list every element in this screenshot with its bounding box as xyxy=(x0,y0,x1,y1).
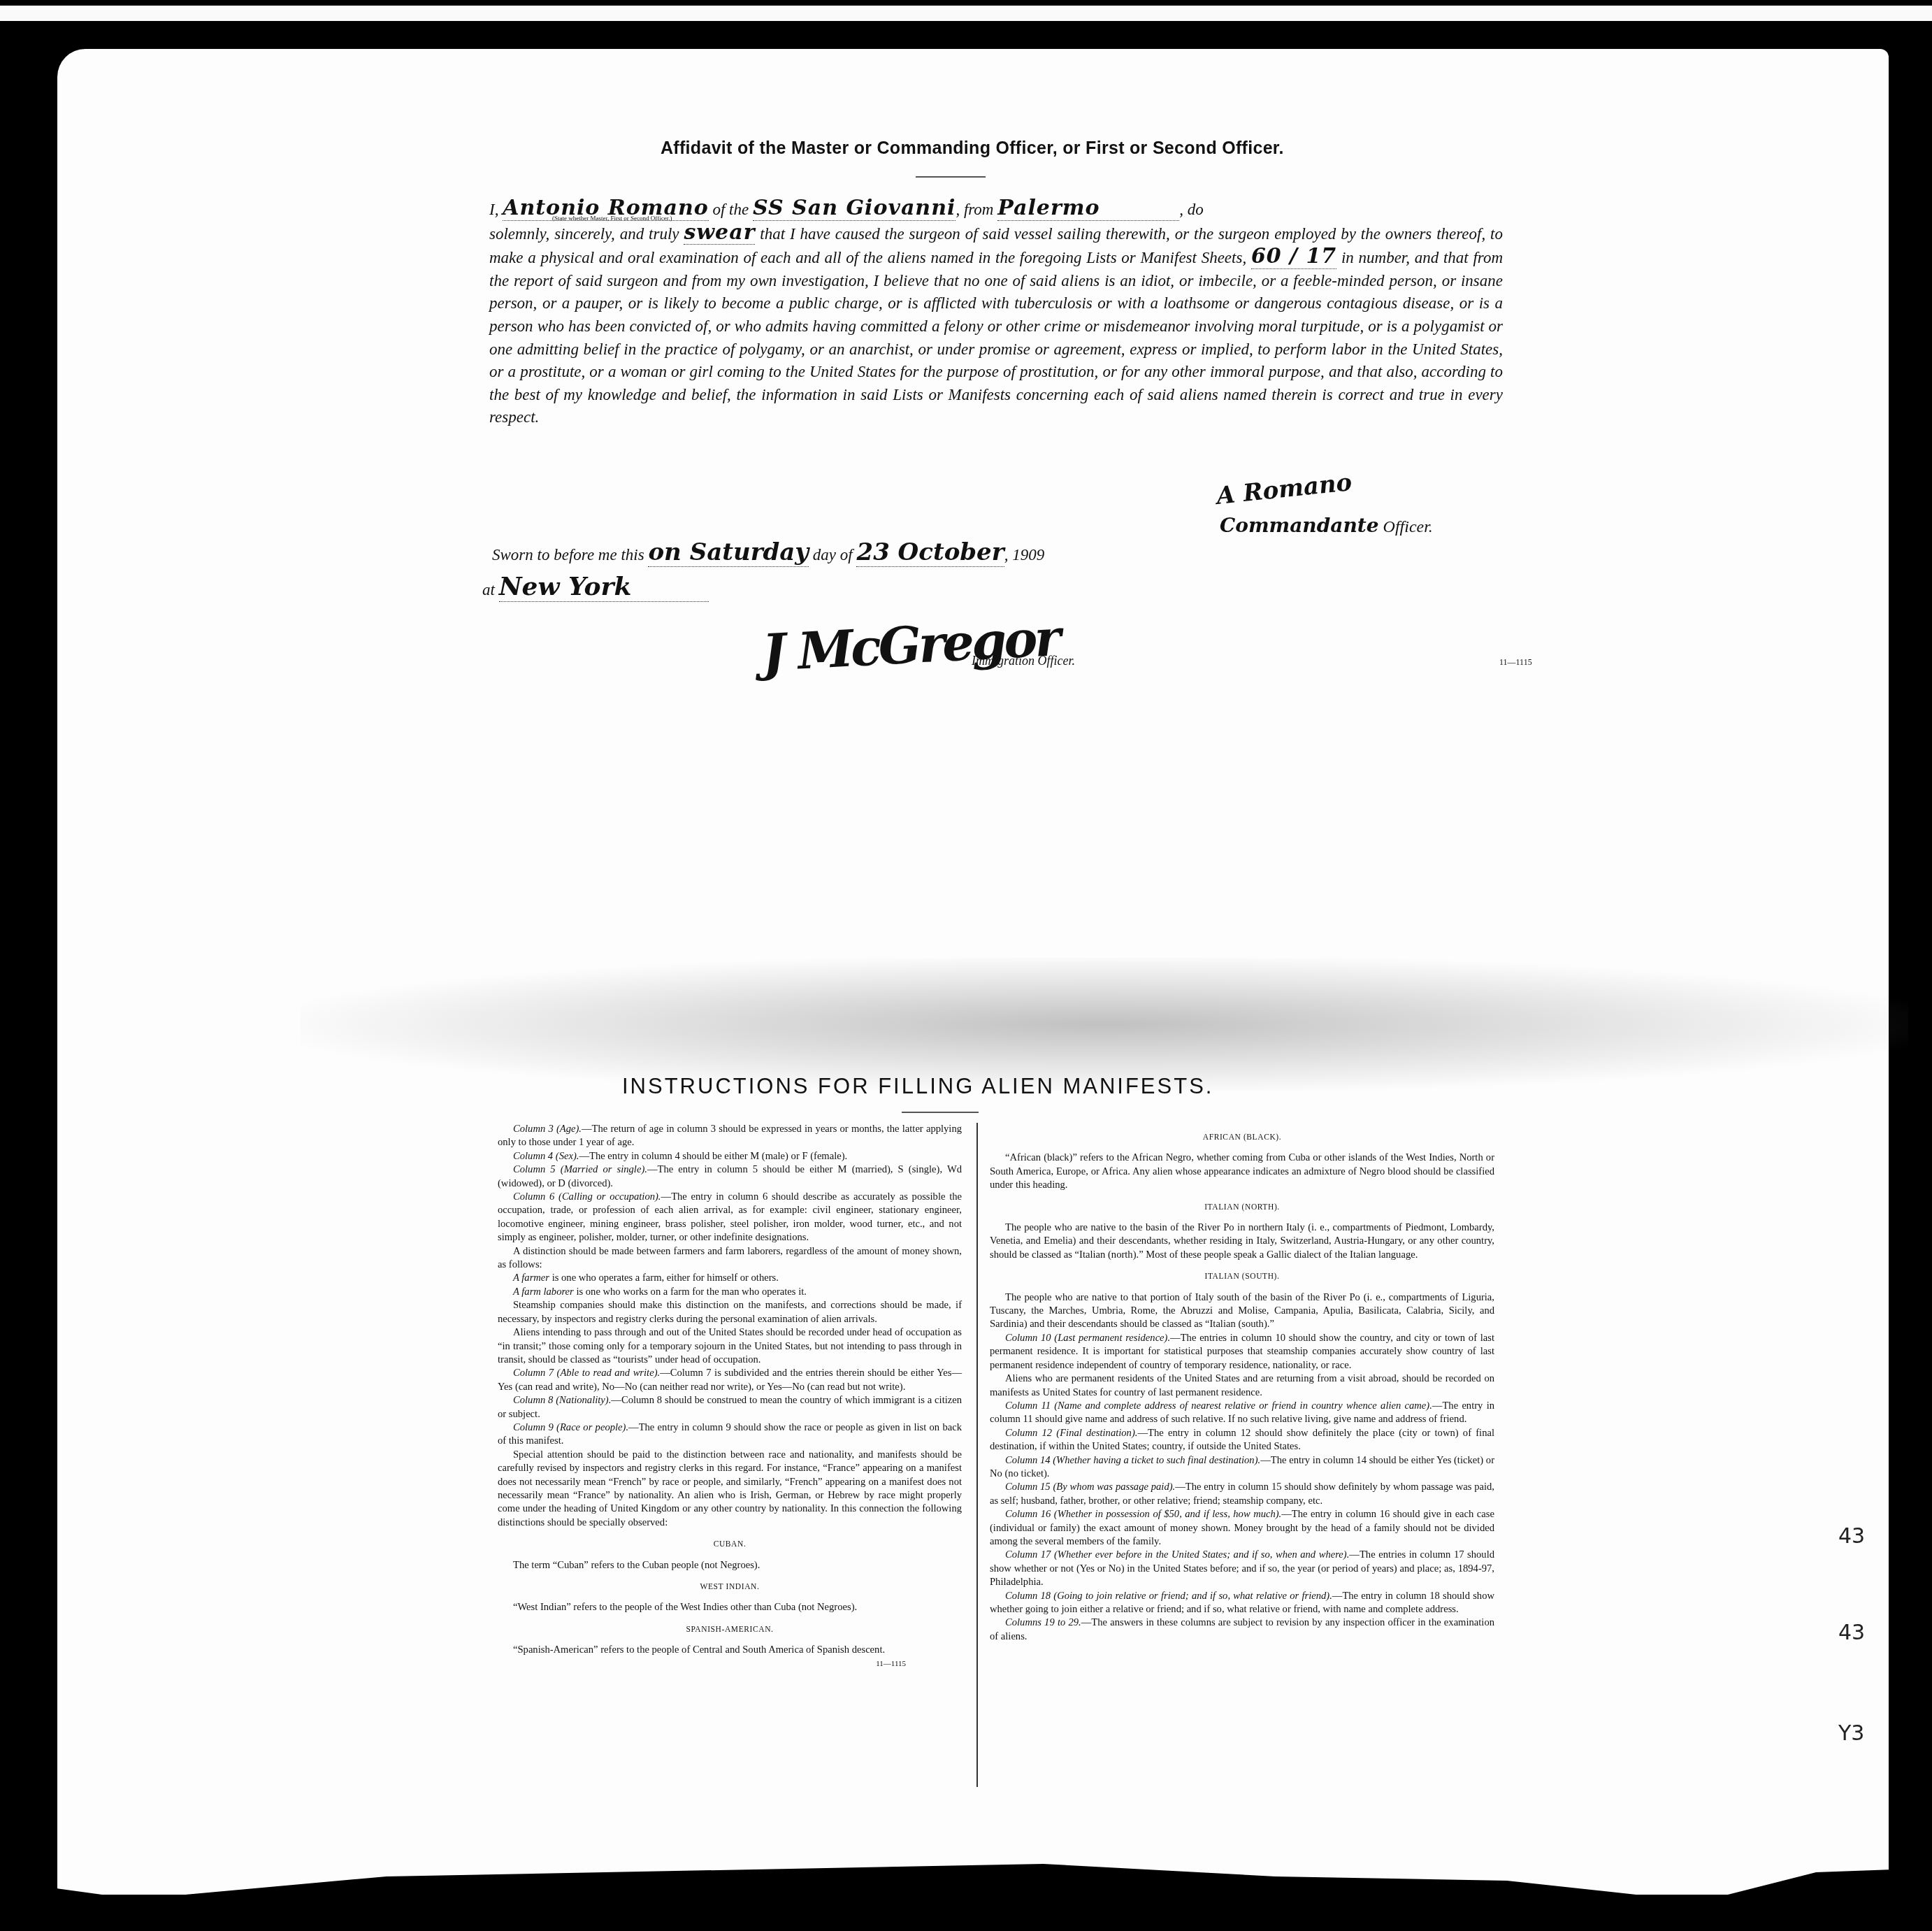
instruction-paragraph: Column 15 (By whom was passage paid).—Th… xyxy=(990,1481,1494,1508)
of-the-label: of the xyxy=(712,201,749,218)
instruction-paragraph: Aliens who are permanent residents of th… xyxy=(990,1372,1494,1400)
section-heading: CUBAN. xyxy=(498,1538,962,1551)
column-label: Column 8 (Nationality). xyxy=(513,1395,611,1406)
column-divider xyxy=(976,1123,978,1787)
instruction-paragraph: Column 17 (Whether ever before in the Un… xyxy=(990,1549,1494,1589)
column-label: A farmer xyxy=(513,1272,549,1284)
instruction-paragraph: Column 4 (Sex).—The entry in column 4 sh… xyxy=(498,1150,962,1163)
section-heading: WEST INDIAN. xyxy=(498,1581,962,1594)
scan-smudge xyxy=(301,958,1908,1091)
column-label: Column 14 (Whether having a ticket to su… xyxy=(1005,1455,1260,1466)
scan-top-edge xyxy=(0,6,1932,21)
instruction-paragraph: Column 7 (Able to read and write).—Colum… xyxy=(498,1367,962,1394)
column-label: A farm laborer xyxy=(513,1286,574,1298)
instruction-paragraph: Special attention should be paid to the … xyxy=(498,1449,962,1530)
oath-text-c: in number, and that from the report of s… xyxy=(489,249,1503,426)
instruction-paragraph: “West Indian” refers to the people of th… xyxy=(498,1601,962,1614)
do-label: , do xyxy=(1179,201,1204,218)
sworn-line: Sworn to before me this on Saturday day … xyxy=(492,538,1044,567)
at-label: at xyxy=(482,581,495,598)
column-label: Column 17 (Whether ever before in the Un… xyxy=(1005,1549,1349,1560)
instruction-paragraph: The term “Cuban” refers to the Cuban peo… xyxy=(498,1559,962,1572)
instruction-paragraph: Column 5 (Married or single).—The entry … xyxy=(498,1163,962,1191)
instruction-paragraph: Column 12 (Final destination).—The entry… xyxy=(990,1427,1494,1454)
sworn-day-field: on Saturday xyxy=(648,538,809,567)
instruction-paragraph: Column 6 (Calling or occupation).—The en… xyxy=(498,1191,962,1245)
column-label: Column 7 (Able to read and write). xyxy=(513,1368,660,1379)
instruction-paragraph: Column 11 (Name and complete address of … xyxy=(990,1400,1494,1427)
instruction-paragraph: A farmer is one who operates a farm, eit… xyxy=(498,1272,962,1285)
instruction-paragraph: Columns 19 to 29.—The answers in these c… xyxy=(990,1616,1494,1644)
master-rank-line: Commandante Officer. xyxy=(1220,514,1433,537)
instruction-paragraph: Column 18 (Going to join relative or fri… xyxy=(990,1590,1494,1617)
vessel-field: SS San Giovanni xyxy=(753,197,956,221)
instruction-paragraph: Column 3 (Age).—The return of age in col… xyxy=(498,1123,962,1150)
instruction-paragraph: Aliens intending to pass through and out… xyxy=(498,1326,962,1367)
affidavit-body: I, Antonio Romano of the SS San Giovanni… xyxy=(489,197,1503,429)
column-label: Column 4 (Sex). xyxy=(513,1151,579,1162)
column-label: Column 11 (Name and complete address of … xyxy=(1005,1400,1432,1412)
column-label: Column 6 (Calling or occupation). xyxy=(513,1191,661,1203)
margin-tally: 43 xyxy=(1838,1524,1865,1549)
year-label: , 1909 xyxy=(1004,546,1045,563)
instruction-paragraph: Column 9 (Race or people).—The entry in … xyxy=(498,1421,962,1449)
section-heading: ITALIAN (NORTH). xyxy=(990,1201,1494,1214)
master-rank: Commandante xyxy=(1220,514,1379,537)
sheet-count-field: 60 / 17 xyxy=(1251,245,1336,269)
instruction-paragraph: Column 16 (Whether in possession of $50,… xyxy=(990,1508,1494,1549)
instructions-right-column: AFRICAN (BLACK).“African (black)” refers… xyxy=(990,1123,1494,1644)
column-label: Column 9 (Race or people). xyxy=(513,1422,628,1433)
section-heading: SPANISH-AMERICAN. xyxy=(498,1623,962,1637)
instruction-paragraph: Column 10 (Last permanent residence).—Th… xyxy=(990,1332,1494,1372)
instruction-paragraph: A farm laborer is one who works on a far… xyxy=(498,1286,962,1299)
officer-label: Officer. xyxy=(1383,518,1433,536)
section-heading: ITALIAN (SOUTH). xyxy=(990,1270,1494,1284)
column-label: Column 18 (Going to join relative or fri… xyxy=(1005,1591,1332,1602)
section-heading: AFRICAN (BLACK). xyxy=(990,1131,1494,1144)
instruction-paragraph: “Spanish-American” refers to the people … xyxy=(498,1644,962,1657)
immigration-officer-label: Immigration Officer. xyxy=(972,654,1075,668)
column-label: Columns 19 to 29. xyxy=(1005,1617,1081,1628)
affidavit-intro: I, xyxy=(489,201,498,218)
from-label: , from xyxy=(956,201,993,218)
instructions-title: INSTRUCTIONS FOR FILLING ALIEN MANIFESTS… xyxy=(622,1074,1213,1099)
affidavit-title: Affidavit of the Master or Commanding Of… xyxy=(661,138,1284,159)
instruction-paragraph: Steamship companies should make this dis… xyxy=(498,1299,962,1326)
instructions-left-column: Column 3 (Age).—The return of age in col… xyxy=(498,1123,962,1671)
column-label: Column 10 (Last permanent residence). xyxy=(1005,1333,1170,1344)
margin-tally: Y3 xyxy=(1838,1721,1864,1746)
port-field: Palermo xyxy=(997,197,1179,221)
instruction-paragraph: Column 14 (Whether having a ticket to su… xyxy=(990,1454,1494,1481)
title-rule xyxy=(916,176,986,178)
column-label: Column 5 (Married or single). xyxy=(513,1164,647,1175)
margin-tally: 43 xyxy=(1838,1621,1865,1645)
instruction-paragraph: “African (black)” refers to the African … xyxy=(990,1151,1494,1192)
column-label: Column 12 (Final destination). xyxy=(1005,1428,1137,1439)
oath-word-field: swear xyxy=(684,222,755,245)
sworn-label: Sworn to before me this xyxy=(492,546,644,563)
place-field: New York xyxy=(499,572,709,602)
day-of-label: day of xyxy=(813,546,853,563)
form-number: 11—1115 xyxy=(498,1658,906,1671)
instruction-paragraph: The people who are native to the basin o… xyxy=(990,1221,1494,1262)
form-number: 11—1115 xyxy=(1499,657,1532,668)
column-label: Column 15 (By whom was passage paid). xyxy=(1005,1481,1175,1493)
instructions-rule xyxy=(902,1112,979,1113)
place-line: at New York xyxy=(482,572,709,602)
sworn-date-field: 23 October xyxy=(856,538,1004,567)
column-label: Column 16 (Whether in possession of $50,… xyxy=(1005,1509,1281,1520)
column-label: Column 3 (Age). xyxy=(513,1124,582,1135)
instruction-paragraph: Column 8 (Nationality).—Column 8 should … xyxy=(498,1394,962,1421)
instruction-paragraph: The people who are native to that portio… xyxy=(990,1291,1494,1332)
instruction-paragraph: A distinction should be made between far… xyxy=(498,1245,962,1272)
oath-text-a: solemnly, sincerely, and truly xyxy=(489,225,679,243)
